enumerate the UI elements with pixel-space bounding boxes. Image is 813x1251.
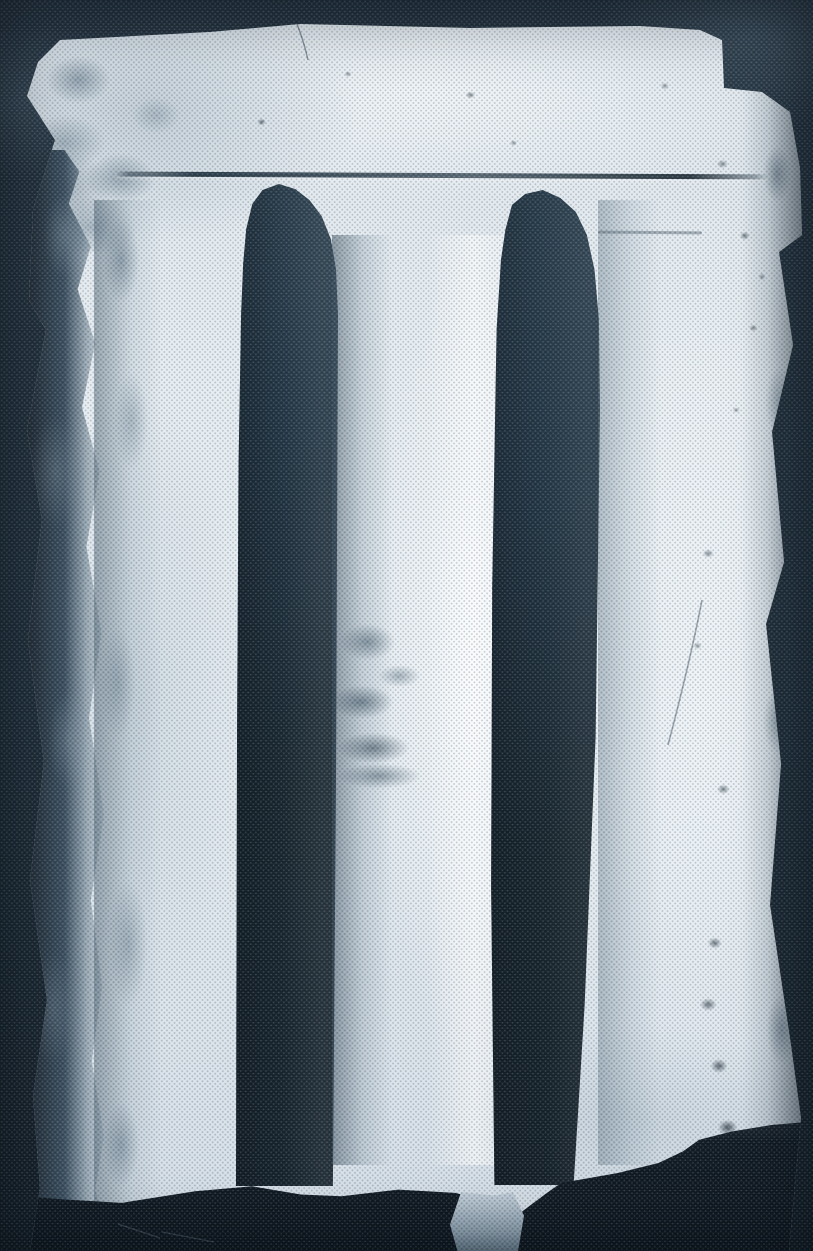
stone-fragment (0, 0, 813, 1251)
scratch-marks (0, 0, 813, 1251)
halftone-photograph (0, 0, 813, 1251)
